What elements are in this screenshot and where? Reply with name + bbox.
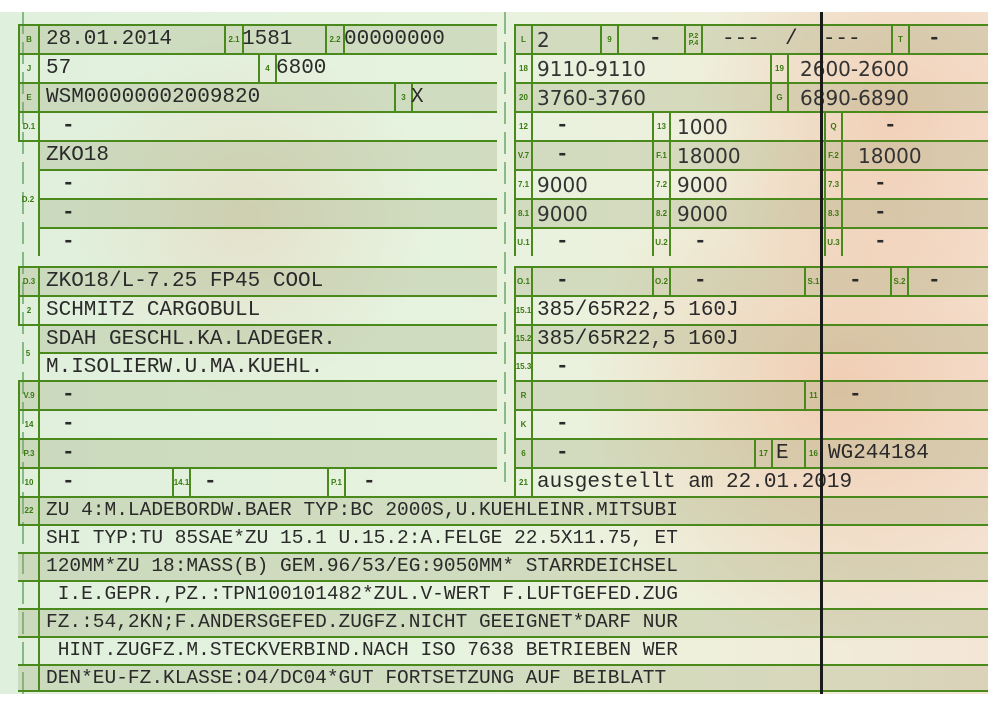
registration-document: B 28.01.2014 2.1 1581 2.2 00000000 J 57 … (0, 12, 988, 694)
label-p3: P.3 (18, 440, 38, 467)
row-e: E WSM00000002009820 3 X (18, 82, 497, 111)
label-13: 13 (652, 113, 669, 140)
label-3: 3 (394, 84, 411, 111)
label-7-1: 7.1 (514, 171, 531, 198)
row-u: U.1 - U.2 - U.3 - (514, 227, 988, 256)
field-g-empty-mass: 6890-6890 (800, 84, 909, 111)
label-15-2: 15.2 (514, 326, 531, 352)
field-13-support-load: 1000 (677, 113, 728, 140)
field-t-max-speed: - (928, 26, 941, 53)
field-8-2-axle-load: 9000 (677, 200, 728, 227)
label-e: E (18, 84, 38, 111)
field-u1-noise: - (556, 229, 569, 256)
label-6: 6 (514, 440, 531, 467)
field-e-vin: WSM00000002009820 (46, 84, 260, 111)
label-9: 9 (600, 26, 617, 53)
row-r: R 11 - (514, 380, 988, 409)
field-k-type-approval: - (556, 411, 569, 438)
label-2-1: 2.1 (224, 26, 242, 53)
label-d2: D.2 (18, 140, 38, 256)
field-q-power-weight: - (884, 113, 897, 140)
field-12-tank-volume: - (556, 113, 569, 140)
row-15-3: 15.3 - (514, 352, 988, 380)
field-18-length: 9110-9110 (537, 55, 646, 82)
field-8-1-axle-load: 9000 (537, 200, 588, 227)
row-20: 20 3760-3760 G 6890-6890 (514, 82, 988, 111)
row-21: 21 ausgestellt am 22.01.2019 (514, 467, 988, 496)
remark-line-6: HINT.ZUGFZ.M.STECKVERBIND.NACH ISO 7638 … (46, 636, 678, 664)
field-2-manufacturer: SCHMITZ CARGOBULL (46, 297, 260, 324)
label-14-1: 14.1 (172, 469, 189, 496)
row-2: 2 SCHMITZ CARGOBULL (18, 295, 497, 324)
field-f1-max-mass: 18000 (677, 142, 741, 169)
field-14-emission-standard: - (62, 411, 75, 438)
label-t: T (891, 26, 908, 53)
field-19-width: 2600-2600 (800, 55, 909, 82)
label-7-2: 7.2 (652, 171, 669, 198)
field-d2-variant: - (62, 171, 75, 198)
field-7-3-axle-load: - (874, 171, 887, 198)
label-15-1: 15.1 (514, 297, 531, 324)
field-p1-displacement: - (363, 469, 376, 496)
row-v9: V.9 - (18, 380, 497, 409)
field-o1-braked-trailer: - (556, 268, 569, 295)
row-8: 8.1 9000 8.2 9000 8.3 - (514, 198, 988, 227)
remark-line-4: I.E.GEPR.,PZ.:TPN100101482*ZUL.V-WERT F.… (46, 580, 678, 608)
row-o: O.1 - O.2 - S.1 - S.2 - (514, 266, 988, 295)
field-7-2-axle-load: 9000 (677, 171, 728, 198)
remark-line-1: ZU 4:M.LADEBORDW.BAER TYP:BC 2000S,U.KUE… (46, 496, 678, 524)
row-5-line-1: SDAH GESCHL.KA.LADEGER. (38, 324, 497, 352)
field-u2-rpm: - (694, 229, 707, 256)
label-18: 18 (514, 55, 531, 82)
field-20-height: 3760-3760 (537, 84, 646, 111)
field-2-2-type-code: 00000000 (344, 26, 445, 53)
label-7-3: 7.3 (824, 171, 841, 198)
row-p3: P.3 - (18, 438, 497, 467)
field-11-color-code: - (849, 382, 862, 409)
label-d1: D.1 (18, 113, 38, 140)
label-5: 5 (18, 324, 38, 380)
row-d3: D.3 ZKO18/L-7.25 FP45 COOL (18, 266, 497, 295)
row-10: 10 - 14.1 - P.1 - (18, 467, 497, 496)
field-7-1-axle-load: 9000 (537, 171, 588, 198)
field-2-1-manufacturer-code: 1581 (242, 26, 292, 53)
row-14: 14 - (18, 409, 497, 438)
label-8-3: 8.3 (824, 200, 841, 227)
field-14-1-emission-key: - (204, 469, 217, 496)
label-o1: O.1 (514, 268, 531, 295)
row-j: J 57 4 6800 (18, 53, 497, 82)
label-17: 17 (754, 440, 771, 467)
label-2-2: 2.2 (325, 26, 343, 53)
fold-line (820, 12, 823, 694)
row-b: B 28.01.2014 2.1 1581 2.2 00000000 (18, 24, 497, 53)
label-4: 4 (258, 55, 275, 82)
row-d1: D.1 - (18, 111, 497, 140)
label-15-3: 15.3 (514, 354, 531, 380)
row-d2-line-1: ZKO18 (38, 140, 497, 169)
label-21: 21 (514, 469, 531, 496)
label-s2: S.2 (890, 268, 907, 295)
field-b-first-registration: 28.01.2014 (46, 26, 172, 53)
row-7: 7.1 9000 7.2 9000 7.3 - (514, 169, 988, 198)
field-d2-version: - (62, 200, 75, 227)
field-15-3-tyres-axle-3: - (556, 354, 569, 380)
field-o2-unbraked-trailer: - (694, 268, 707, 295)
field-3-check-digit: X (411, 84, 424, 111)
label-s1: S.1 (804, 268, 821, 295)
label-u1: U.1 (514, 229, 531, 256)
remark-line-3: 120MM*ZU 18:MASS(B) GEM.96/53/EG:9050MM*… (46, 552, 678, 580)
label-f2: F.2 (824, 142, 841, 169)
row-15-2: 15.2 385/65R22,5 160J (514, 324, 988, 352)
label-p2-p4: P.2 P.4 (684, 26, 701, 53)
field-s1-seats: - (849, 268, 862, 295)
field-10-emission-code: - (62, 469, 75, 496)
field-4-body-type: 6800 (276, 55, 326, 82)
field-v7-co2: - (556, 142, 569, 169)
label-o2: O.2 (652, 268, 669, 295)
label-j: J (18, 55, 38, 82)
label-r: R (514, 382, 531, 409)
field-f2-permitted-mass: 18000 (858, 142, 922, 169)
field-9-driven-axles: - (649, 26, 662, 53)
field-u3-drive-noise: - (874, 229, 887, 256)
row-15-1: 15.1 385/65R22,5 160J (514, 295, 988, 324)
label-v9: V.9 (18, 382, 38, 409)
field-21-issued-on: ausgestellt am 22.01.2019 (537, 469, 852, 496)
label-k: K (514, 411, 531, 438)
field-p3-fuel-type: - (62, 440, 75, 467)
field-5-class-line-2: M.ISOLIERW.U.MA.KUEHL. (46, 354, 323, 380)
label-12: 12 (514, 113, 531, 140)
label-8-1: 8.1 (514, 200, 531, 227)
label-2: 2 (18, 297, 38, 324)
field-p2-p4-power-rpm: --- / --- (722, 26, 861, 53)
field-5-class-line-1: SDAH GESCHL.KA.LADEGER. (46, 326, 336, 352)
field-v9-emission-class: - (62, 382, 75, 409)
row-5-line-2: M.ISOLIERW.U.MA.KUEHL. (38, 352, 497, 380)
label-10: 10 (18, 469, 38, 496)
label-u3: U.3 (824, 229, 841, 256)
label-f1: F.1 (652, 142, 669, 169)
label-b: B (18, 26, 38, 53)
row-v7: V.7 - F.1 18000 F.2 18000 (514, 140, 988, 169)
label-11: 11 (804, 382, 821, 409)
label-8-2: 8.2 (652, 200, 669, 227)
field-d2-extra: - (62, 229, 75, 256)
row-l: L 2 9 - P.2 P.4 --- / --- T - (514, 24, 988, 53)
remark-line-2: SHI TYP:TU 85SAE*ZU 15.1 U.15.2:A.FELGE … (46, 524, 678, 552)
label-22: 22 (18, 498, 38, 524)
field-8-3-axle-load: - (874, 200, 887, 227)
row-d2-line-2: - (38, 169, 497, 198)
row-d2-line-3: - (38, 198, 497, 227)
label-14: 14 (18, 411, 38, 438)
remark-line-7: DEN*EU-FZ.KLASSE:O4/DC04*GUT FORTSETZUNG… (46, 664, 666, 692)
field-d2-type: ZKO18 (46, 142, 109, 169)
field-d1-make: - (62, 113, 75, 140)
label-20: 20 (514, 84, 531, 111)
center-perforation (504, 12, 506, 482)
label-d3: D.3 (18, 268, 38, 295)
remark-line-5: FZ.:54,2KN;F.ANDERSGEFED.ZUGFZ.NICHT GEE… (46, 608, 678, 636)
label-19: 19 (770, 55, 787, 82)
field-s2-standing: - (928, 268, 941, 295)
field-15-2-tyres-axle-2: 385/65R22,5 160J (537, 326, 739, 352)
field-d3-trade-name: ZKO18/L-7.25 FP45 COOL (46, 268, 323, 295)
row-18: 18 9110-9110 19 2600-2600 (514, 53, 988, 82)
field-17-operating-permit: E (776, 440, 789, 467)
label-u2: U.2 (652, 229, 669, 256)
row-6: 6 - 17 E 16 WG244184 (514, 438, 988, 467)
field-l-axles: 2 (537, 26, 550, 53)
label-16: 16 (804, 440, 821, 467)
row-12: 12 - 13 1000 Q - (514, 111, 988, 140)
label-g: G (770, 84, 787, 111)
field-6-approval-date: - (556, 440, 569, 467)
field-j-vehicle-class: 57 (46, 55, 71, 82)
field-15-1-tyres-axle-1: 385/65R22,5 160J (537, 297, 739, 324)
label-v7: V.7 (514, 142, 531, 169)
field-16-document-number: WG244184 (828, 440, 929, 467)
row-d2-line-4: - (38, 227, 497, 256)
row-k: K - (514, 409, 988, 438)
label-q: Q (824, 113, 841, 140)
label-p1: P.1 (327, 469, 344, 496)
label-l: L (514, 26, 531, 53)
